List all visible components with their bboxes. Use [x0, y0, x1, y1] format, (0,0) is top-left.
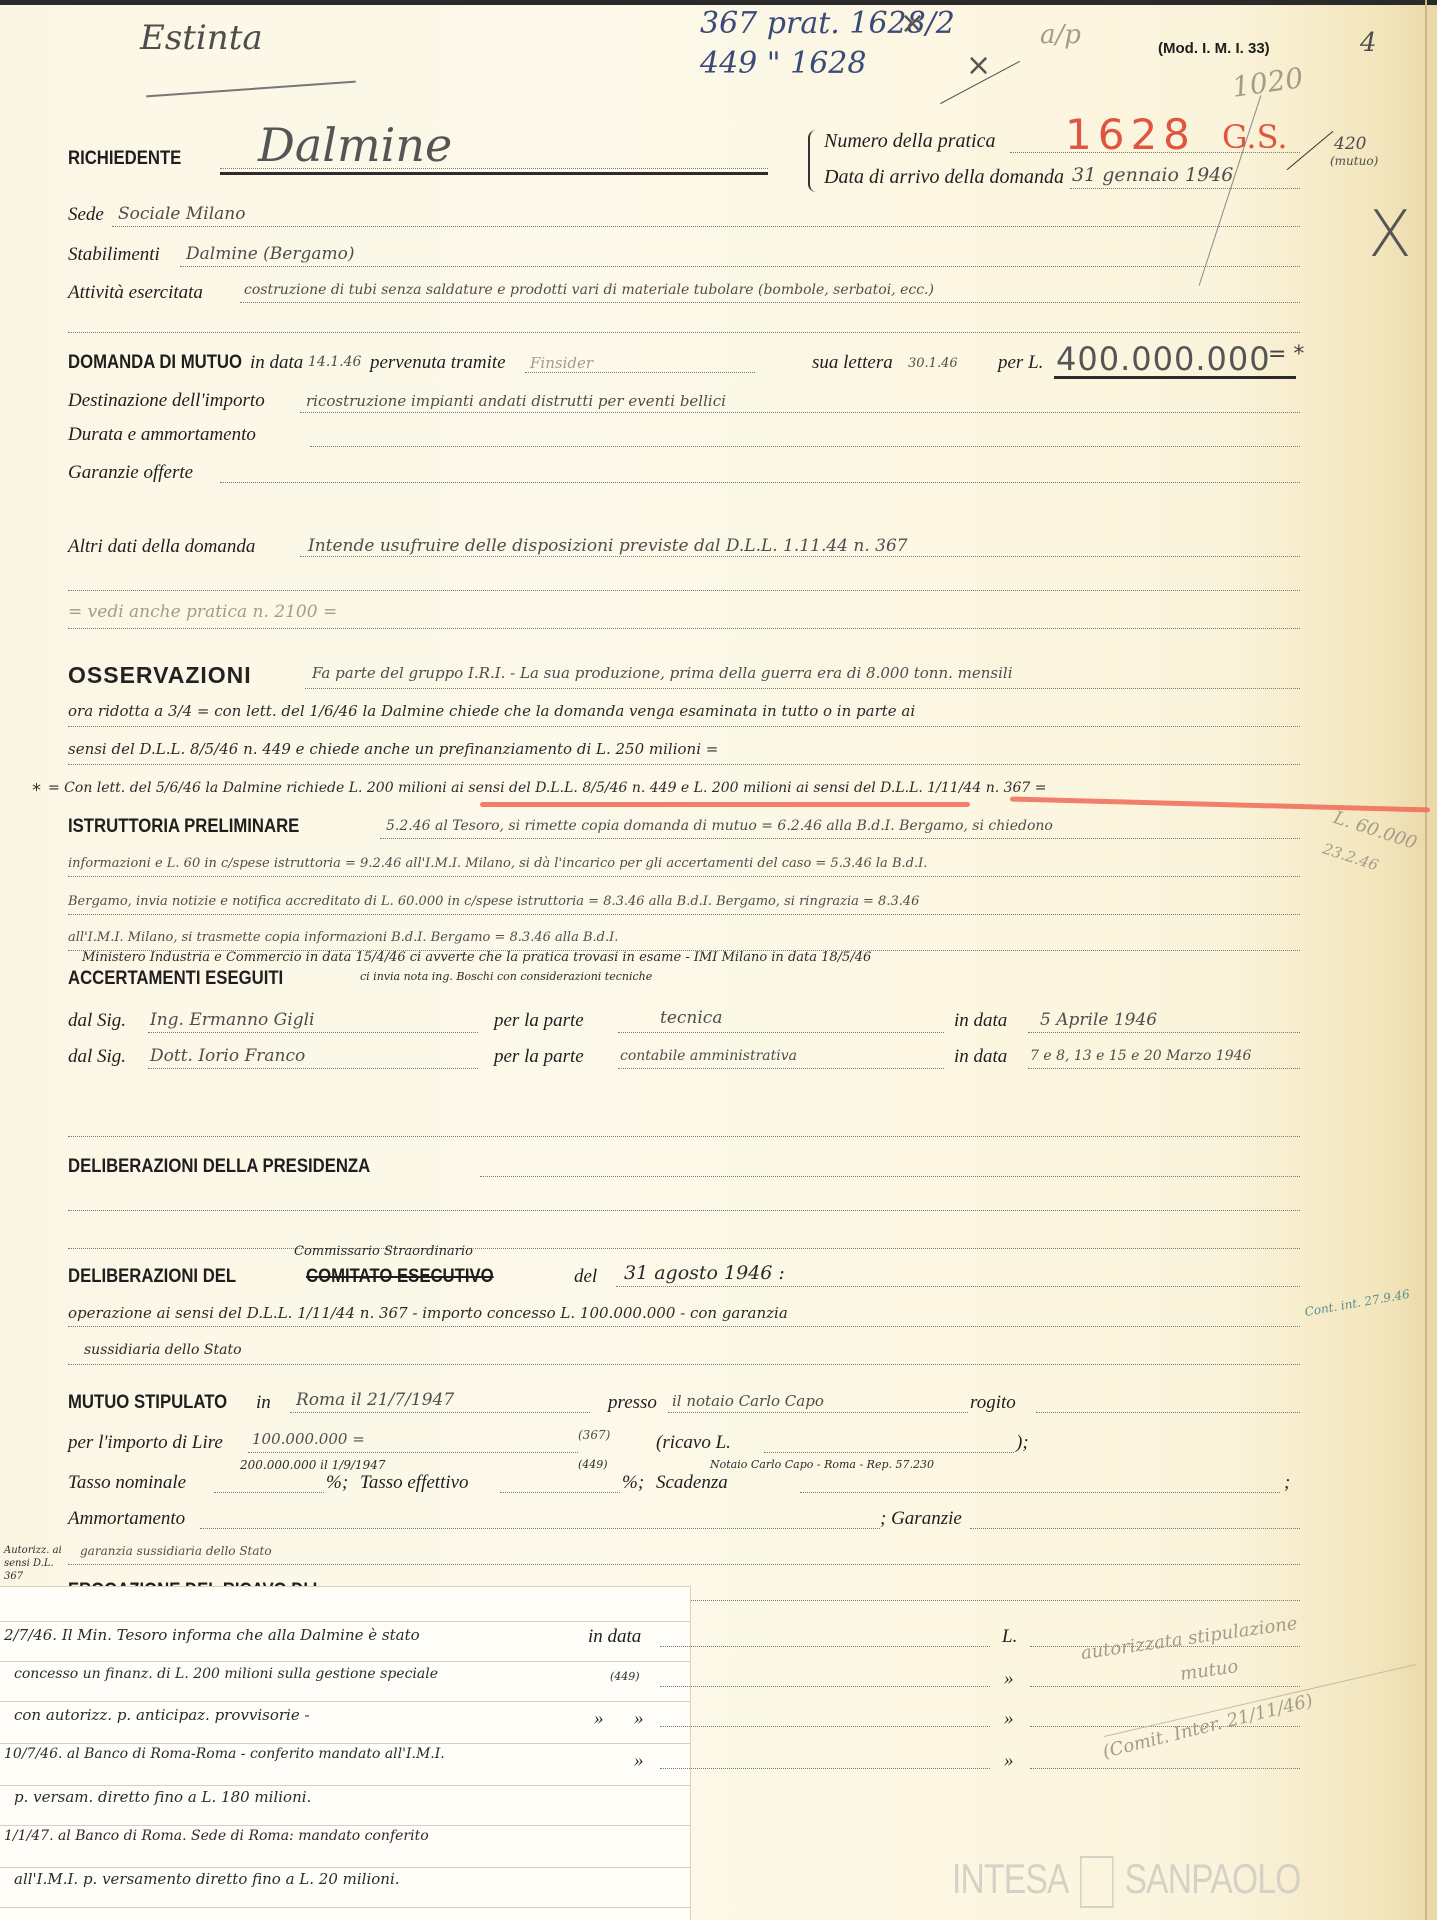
blank-dots-5	[68, 1210, 1300, 1211]
osservazioni-dots-1	[305, 688, 1300, 689]
altri-dati-value: Intende usufruire delle disposizioni pre…	[308, 536, 908, 556]
richiedente-dots	[220, 168, 768, 169]
richiedente-underline	[220, 172, 768, 175]
tasso-effettivo-pct: %;	[622, 1472, 644, 1494]
watermark-logo-icon	[1080, 1856, 1114, 1908]
domanda-importo-suffix: = *	[1268, 342, 1304, 367]
deliberazioni-dots	[616, 1286, 1300, 1287]
osservazioni-dots-2	[68, 726, 1300, 727]
accertamenti-sig-dots-2	[148, 1068, 478, 1069]
mutuo-title: MUTUO STIPULATO	[68, 1392, 227, 1414]
mutuo-garanzie-dots	[970, 1528, 1300, 1529]
mutuo-presso-value: il notaio Carlo Capo	[672, 1392, 824, 1410]
numero-pratica-suffix: G.S.	[1222, 118, 1288, 156]
scadenza-end: ;	[1284, 1472, 1290, 1494]
ammortamento-label: Ammortamento	[68, 1508, 185, 1530]
erogazione-l-dots-2	[1030, 1686, 1300, 1687]
erogazione-l-dots-4	[1030, 1768, 1300, 1769]
stabilimenti-value: Dalmine (Bergamo)	[186, 244, 355, 264]
header-brace	[808, 130, 820, 192]
domanda-tramite-value: Finsider	[530, 354, 593, 372]
mutuo-importo2-value: 200.000.000 il 1/9/1947	[240, 1458, 386, 1472]
slip-line-6: 1/1/47. al Banco di Roma. Sede di Roma: …	[4, 1828, 429, 1844]
istruttoria-dots-1	[380, 838, 1300, 839]
ditto-mark: »	[634, 1750, 644, 1772]
page-number: 4	[1360, 28, 1377, 58]
big-x-mark: X	[1368, 198, 1412, 272]
mutuo-importo-dots	[248, 1452, 578, 1453]
scadenza-dots	[800, 1492, 1280, 1493]
blank-dots-7	[68, 1564, 1300, 1565]
erogazione-side-note-1: autorizzata stipulazione	[1080, 1613, 1299, 1664]
stabilimenti-dots	[180, 266, 1300, 267]
deliberazioni-title: DELIBERAZIONI DEL	[68, 1266, 236, 1288]
istruttoria-dots-3	[68, 914, 1300, 915]
deliberazioni-line-2: sussidiaria dello Stato	[84, 1342, 242, 1358]
tasso-effettivo-dots	[500, 1492, 620, 1493]
istruttoria-title: ISTRUTTORIA PRELIMINARE	[68, 816, 299, 838]
sede-dots	[112, 226, 1300, 227]
blank-dots-3	[68, 628, 1300, 629]
slip-rule	[0, 1785, 690, 1786]
erogazione-ref-449: (449)	[610, 1670, 640, 1683]
mutuo-importo-ref: (367)	[578, 1428, 610, 1442]
deliberazioni-above-note: Commissario Straordinario	[294, 1244, 473, 1259]
garanzie-offerte-dots	[220, 482, 1300, 483]
page-edge	[1425, 0, 1427, 1920]
domanda-importo: 400.000.000	[1056, 340, 1271, 378]
accertamenti-dal-label-1: dal Sig.	[68, 1010, 126, 1032]
data-arrivo-label: Data di arrivo della domanda	[824, 166, 1064, 189]
mutuo-rogito-label: rogito	[970, 1392, 1016, 1414]
scadenza-label: Scadenza	[656, 1472, 728, 1494]
deliberazioni-date: 31 agosto 1946 :	[624, 1262, 785, 1284]
accertamenti-dal-label-2: dal Sig.	[68, 1046, 126, 1068]
initials: a/p	[1040, 20, 1081, 50]
side-number-420: 420	[1334, 134, 1366, 154]
presidenza-title: DELIBERAZIONI DELLA PRESIDENZA	[68, 1156, 370, 1178]
garanzie-offerte-label: Garanzie offerte	[68, 462, 193, 484]
erogazione-in-data-dots-2	[660, 1686, 990, 1687]
deliberazioni-struck: COMITATO ESECUTIVO	[306, 1266, 494, 1288]
data-arrivo-dots	[1070, 188, 1300, 189]
domanda-lettera-value: 30.1.46	[908, 356, 958, 371]
deliberazioni-line-1: operazione ai sensi del D.L.L. 1/11/44 n…	[68, 1304, 788, 1322]
istruttoria-line-3: Bergamo, invia notizie e notifica accred…	[68, 894, 919, 909]
mutuo-garanzia-value: garanzia sussidiaria dello Stato	[80, 1544, 272, 1558]
accertamenti-parte-label-1: per la parte	[494, 1010, 584, 1032]
mutuo-ricavo-dots	[764, 1452, 1014, 1453]
blank-dots-2	[68, 590, 1300, 591]
presidenza-dots	[480, 1176, 1300, 1177]
osservazioni-title: OSSERVAZIONI	[68, 662, 252, 689]
istruttoria-line-2: informazioni e L. 60 in c/spese istrutto…	[68, 856, 927, 871]
domanda-in-data-label: in data	[250, 352, 303, 374]
attivita-dots	[240, 302, 1300, 303]
accertamenti-title: ACCERTAMENTI ESEGUITI	[68, 968, 283, 990]
durata-label: Durata e ammortamento	[68, 424, 256, 446]
mutuo-importo2-note: Notaio Carlo Capo - Roma - Rep. 57.230	[710, 1458, 934, 1471]
accertamenti-data-dots-2	[1028, 1068, 1300, 1069]
mutuo-ricavo-label: (ricavo L.	[656, 1432, 731, 1454]
accertamenti-parte-dots-1	[618, 1032, 944, 1033]
slip-rule	[0, 1743, 690, 1744]
slip-rule	[0, 1661, 690, 1662]
richiedente-label: RICHIEDENTE	[68, 148, 181, 170]
istruttoria-dots-2	[68, 876, 1300, 877]
osservazioni-star-line: = Con lett. del 5/6/46 la Dalmine richie…	[48, 780, 1047, 796]
blank-dots-6	[68, 1248, 1300, 1249]
slip-line-4: 10/7/46. al Banco di Roma-Roma - conferi…	[4, 1746, 445, 1762]
accertamenti-data-1: 5 Aprile 1946	[1040, 1010, 1157, 1030]
deliberazioni-line-1-note: Cont. int. 27.9.46	[1304, 1287, 1411, 1319]
sede-value: Sociale Milano	[118, 204, 245, 224]
osservazioni-dots-3	[68, 764, 1300, 765]
domanda-in-data-value: 14.1.46	[308, 354, 361, 370]
istruttoria-margin-date: 23.2.46	[1321, 840, 1381, 875]
slip-rule	[0, 1907, 690, 1908]
tasso-nominale-pct: %;	[326, 1472, 348, 1494]
numero-pratica-value: 1628	[1065, 110, 1196, 159]
slip-rule	[0, 1825, 690, 1826]
mutuo-in-dots	[290, 1412, 590, 1413]
mutuo-importo-value: 100.000.000 =	[252, 1430, 365, 1448]
side-number-1020: 1020	[1230, 61, 1305, 104]
domanda-tramite-label: pervenuta tramite	[370, 352, 506, 374]
accertamenti-parte-2: contabile amministrativa	[620, 1048, 797, 1064]
accertamenti-sig-2: Dott. Iorio Franco	[150, 1046, 305, 1066]
mutuo-importo2-ref: (449)	[578, 1458, 608, 1471]
ditto-mark: »	[1004, 1668, 1014, 1690]
destinazione-value: ricostruzione impianti andati distrutti …	[306, 392, 726, 410]
istruttoria-line-5: Ministero Industria e Commercio in data …	[82, 950, 871, 965]
accertamenti-data-2: 7 e 8, 13 e 15 e 20 Marzo 1946	[1030, 1048, 1251, 1064]
durata-dots	[310, 446, 1300, 447]
mutuo-presso-label: presso	[608, 1392, 657, 1414]
slip-rule	[0, 1621, 690, 1622]
mutuo-in-value: Roma il 21/7/1947	[296, 1390, 454, 1410]
top-note: Estinta	[140, 18, 263, 58]
accertamenti-sig-1: Ing. Ermanno Gigli	[150, 1010, 314, 1030]
erogazione-in-data-label: in data	[588, 1626, 641, 1648]
side-number-420-note: (mutuo)	[1330, 154, 1378, 168]
mutuo-rogito-dots	[1036, 1412, 1300, 1413]
vedi-anche-note: = vedi anche pratica n. 2100 =	[68, 602, 337, 622]
mutuo-garanzie-label: ; Garanzie	[880, 1508, 962, 1530]
ditto-mark: »	[594, 1708, 604, 1730]
accertamenti-parte-1: tecnica	[660, 1008, 722, 1028]
intesa-sanpaolo-watermark: INTESASANPAOLO	[952, 1855, 1301, 1908]
form-model: (Mod. I. M. I. 33)	[1158, 40, 1270, 57]
slip-rule	[0, 1867, 690, 1868]
slip-line-7: all'I.M.I. p. versamento diretto fino a …	[14, 1870, 400, 1888]
mutuo-presso-dots	[668, 1412, 968, 1413]
accertamenti-data-label-1: in data	[954, 1010, 1007, 1032]
domanda-lettera-label: sua lettera	[812, 352, 893, 374]
deliberazioni-dots-3	[68, 1364, 1300, 1365]
blank-dots-1	[68, 332, 1300, 333]
accertamenti-data-dots-1	[1028, 1032, 1300, 1033]
importo-underline	[1054, 376, 1296, 379]
slip-line-1: 2/7/46. Il Min. Tesoro informa che alla …	[4, 1626, 420, 1644]
tasso-nominale-dots	[214, 1492, 324, 1493]
domanda-tramite-dots	[525, 372, 755, 373]
istruttoria-line-4: all'I.M.I. Milano, si trasmette copia in…	[68, 930, 618, 945]
slip-line-2: concesso un finanz. di L. 200 milioni su…	[14, 1666, 438, 1682]
red-underline-2	[1010, 797, 1430, 813]
istruttoria-line-1: 5.2.46 al Tesoro, si rimette copia doman…	[386, 818, 1053, 834]
slip-line-5: p. versam. diretto fino a L. 180 milioni…	[14, 1788, 311, 1806]
cross-mark-1: ×	[900, 6, 925, 41]
ref-line-2: 449 " 1628	[700, 46, 866, 81]
destinazione-dots	[300, 412, 1300, 413]
star-marker: *	[32, 780, 41, 801]
watermark-right: SANPAOLO	[1125, 1855, 1301, 1902]
altri-dati-dots	[300, 556, 1300, 557]
destinazione-label: Destinazione dell'importo	[68, 390, 265, 412]
stabilimenti-label: Stabilimenti	[68, 244, 160, 266]
deliberazioni-del-label: del	[574, 1266, 597, 1288]
erogazione-in-data-dots-1	[660, 1646, 990, 1647]
slash-stroke	[1287, 131, 1334, 170]
accertamenti-sig-dots-1	[148, 1032, 478, 1033]
red-underline-1	[480, 802, 970, 807]
domanda-per-label: per L.	[998, 352, 1043, 374]
mutuo-in-label: in	[256, 1392, 271, 1414]
scan-top-border	[0, 0, 1437, 5]
ammortamento-dots	[200, 1528, 880, 1529]
watermark-left: INTESA	[952, 1855, 1069, 1902]
accertamenti-parte-dots-2	[618, 1068, 944, 1069]
blank-dots-4	[68, 1136, 1300, 1137]
slip-rule	[0, 1701, 690, 1702]
tasso-effettivo-label: Tasso effettivo	[360, 1472, 469, 1494]
mutuo-side-note: Autorizz. ai sensi D.L. 367	[4, 1544, 64, 1583]
osservazioni-line-3: sensi del D.L.L. 8/5/46 n. 449 e chiede …	[68, 740, 718, 758]
accertamenti-note: ci invia nota ing. Boschi con consideraz…	[360, 970, 652, 983]
ditto-mark: »	[634, 1708, 644, 1730]
mutuo-importo-label: per l'importo di Lire	[68, 1432, 223, 1454]
erogazione-in-data-dots-4	[660, 1768, 990, 1769]
richiedente-value: Dalmine	[258, 118, 452, 172]
top-note-underline	[146, 81, 356, 98]
osservazioni-line-1: Fa parte del gruppo I.R.I. - La sua prod…	[312, 664, 1013, 682]
erogazione-side-note-2: mutuo	[1179, 1656, 1240, 1685]
osservazioni-line-2: ora ridotta a 3/4 = con lett. del 1/6/46…	[68, 702, 915, 720]
ditto-mark: »	[1004, 1708, 1014, 1730]
mutuo-ricavo-close: );	[1016, 1432, 1029, 1454]
domanda-title: DOMANDA DI MUTUO	[68, 352, 242, 374]
tasso-nominale-label: Tasso nominale	[68, 1472, 186, 1494]
accertamenti-parte-label-2: per la parte	[494, 1046, 584, 1068]
numero-pratica-label: Numero della pratica	[824, 130, 995, 153]
attivita-label: Attività esercitata	[68, 282, 203, 304]
altri-dati-label: Altri dati della domanda	[68, 536, 255, 558]
slip-line-3: con autorizz. p. anticipaz. provvisorie …	[14, 1706, 310, 1724]
attivita-value: costruzione di tubi senza saldature e pr…	[244, 282, 934, 298]
erogazione-in-data-dots-3	[660, 1726, 990, 1727]
deliberazioni-dots-2	[68, 1326, 1300, 1327]
erogazione-l-label: L.	[1002, 1626, 1017, 1648]
ditto-mark: »	[1004, 1750, 1014, 1772]
accertamenti-data-label-2: in data	[954, 1046, 1007, 1068]
sede-label: Sede	[68, 204, 104, 226]
data-arrivo-value: 31 gennaio 1946	[1072, 164, 1233, 186]
